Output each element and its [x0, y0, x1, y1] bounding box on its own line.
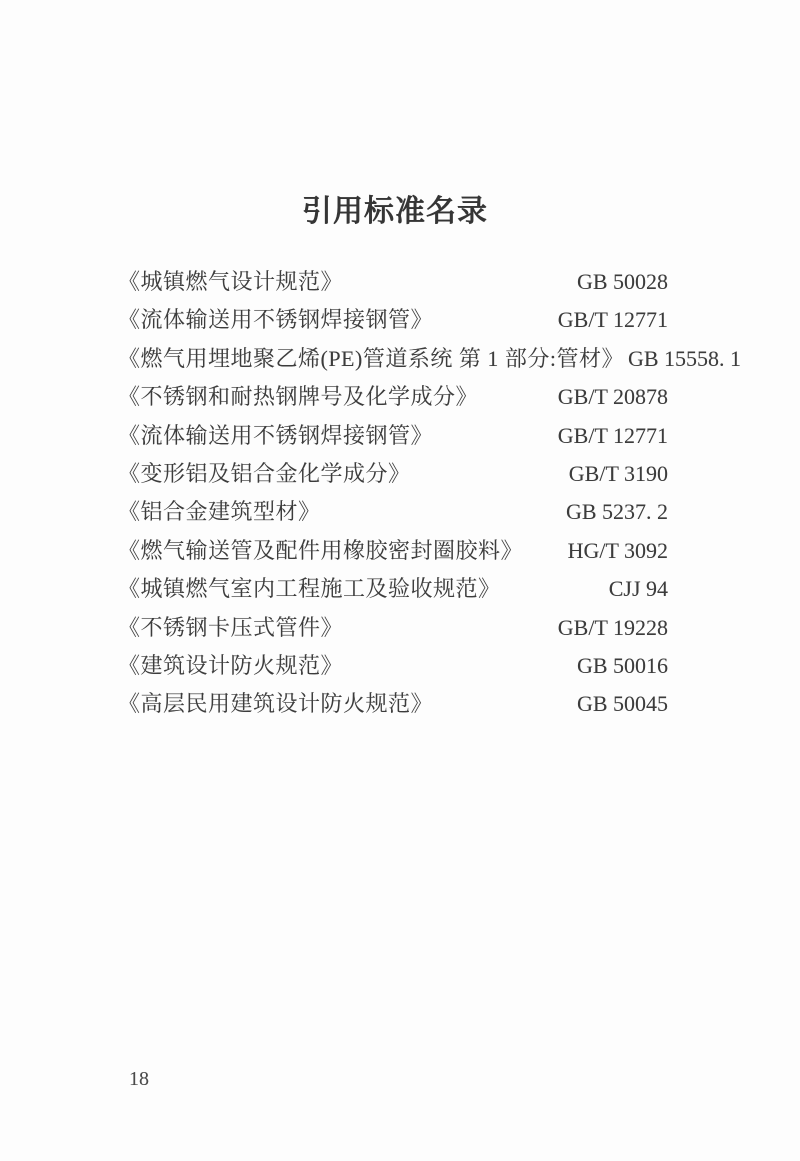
standard-row: 《不锈钢卡压式管件》 GB/T 19228: [118, 609, 668, 647]
standard-code: GB 50045: [573, 685, 668, 723]
standard-code: GB/T 19228: [554, 609, 668, 647]
standard-name: 《燃气输送管及配件用橡胶密封圈胶料》: [118, 532, 523, 570]
standard-row: 《建筑设计防火规范》 GB 50016: [118, 647, 668, 685]
standard-name: 《建筑设计防火规范》: [118, 647, 343, 685]
standard-name: 《流体输送用不锈钢焊接钢管》: [118, 417, 433, 455]
standard-code: CJJ 94: [605, 570, 668, 608]
standard-row: 《燃气输送管及配件用橡胶密封圈胶料》 HG/T 3092: [118, 532, 668, 570]
standard-row: 《不锈钢和耐热钢牌号及化学成分》 GB/T 20878: [118, 378, 668, 416]
standard-name: 《高层民用建筑设计防火规范》: [118, 685, 433, 723]
document-page: 引用标准名录 《城镇燃气设计规范》 GB 50028 《流体输送用不锈钢焊接钢管…: [0, 0, 800, 1161]
standard-code: GB 50028: [573, 263, 668, 301]
standard-name: 《变形铝及铝合金化学成分》: [118, 455, 411, 493]
standard-code: GB/T 12771: [554, 417, 668, 455]
standard-row: 《城镇燃气设计规范》 GB 50028: [118, 263, 668, 301]
standard-code: GB 50016: [573, 647, 668, 685]
standard-name: 《不锈钢和耐热钢牌号及化学成分》: [118, 378, 478, 416]
standard-row: 《铝合金建筑型材》 GB 5237. 2: [118, 493, 668, 531]
standard-code: GB/T 12771: [554, 301, 668, 339]
standard-name: 《城镇燃气室内工程施工及验收规范》: [118, 570, 501, 608]
standard-name: 《城镇燃气设计规范》: [118, 263, 343, 301]
standard-code: GB/T 3190: [565, 455, 668, 493]
standard-code: GB 5237. 2: [562, 493, 668, 531]
standard-name: 《流体输送用不锈钢焊接钢管》: [118, 301, 433, 339]
standards-list: 《城镇燃气设计规范》 GB 50028 《流体输送用不锈钢焊接钢管》 GB/T …: [118, 263, 668, 724]
standard-name: 《不锈钢卡压式管件》: [118, 609, 343, 647]
standard-row: 《高层民用建筑设计防火规范》 GB 50045: [118, 685, 668, 723]
standard-code: GB/T 20878: [554, 378, 668, 416]
page-title: 引用标准名录: [0, 186, 790, 230]
standard-name: 《铝合金建筑型材》: [118, 493, 321, 531]
standard-code: GB 15558. 1: [624, 340, 741, 378]
page-number: 18: [129, 1068, 149, 1091]
standard-row: 《城镇燃气室内工程施工及验收规范》 CJJ 94: [118, 570, 668, 608]
standard-row: 《流体输送用不锈钢焊接钢管》 GB/T 12771: [118, 301, 668, 339]
standard-code: HG/T 3092: [564, 532, 668, 570]
standard-row: 《燃气用埋地聚乙烯(PE)管道系统 第 1 部分:管材》 GB 15558. 1: [118, 340, 668, 378]
standard-row: 《变形铝及铝合金化学成分》 GB/T 3190: [118, 455, 668, 493]
standard-name: 《燃气用埋地聚乙烯(PE)管道系统 第 1 部分:管材》: [118, 340, 624, 378]
standard-row: 《流体输送用不锈钢焊接钢管》 GB/T 12771: [118, 417, 668, 455]
